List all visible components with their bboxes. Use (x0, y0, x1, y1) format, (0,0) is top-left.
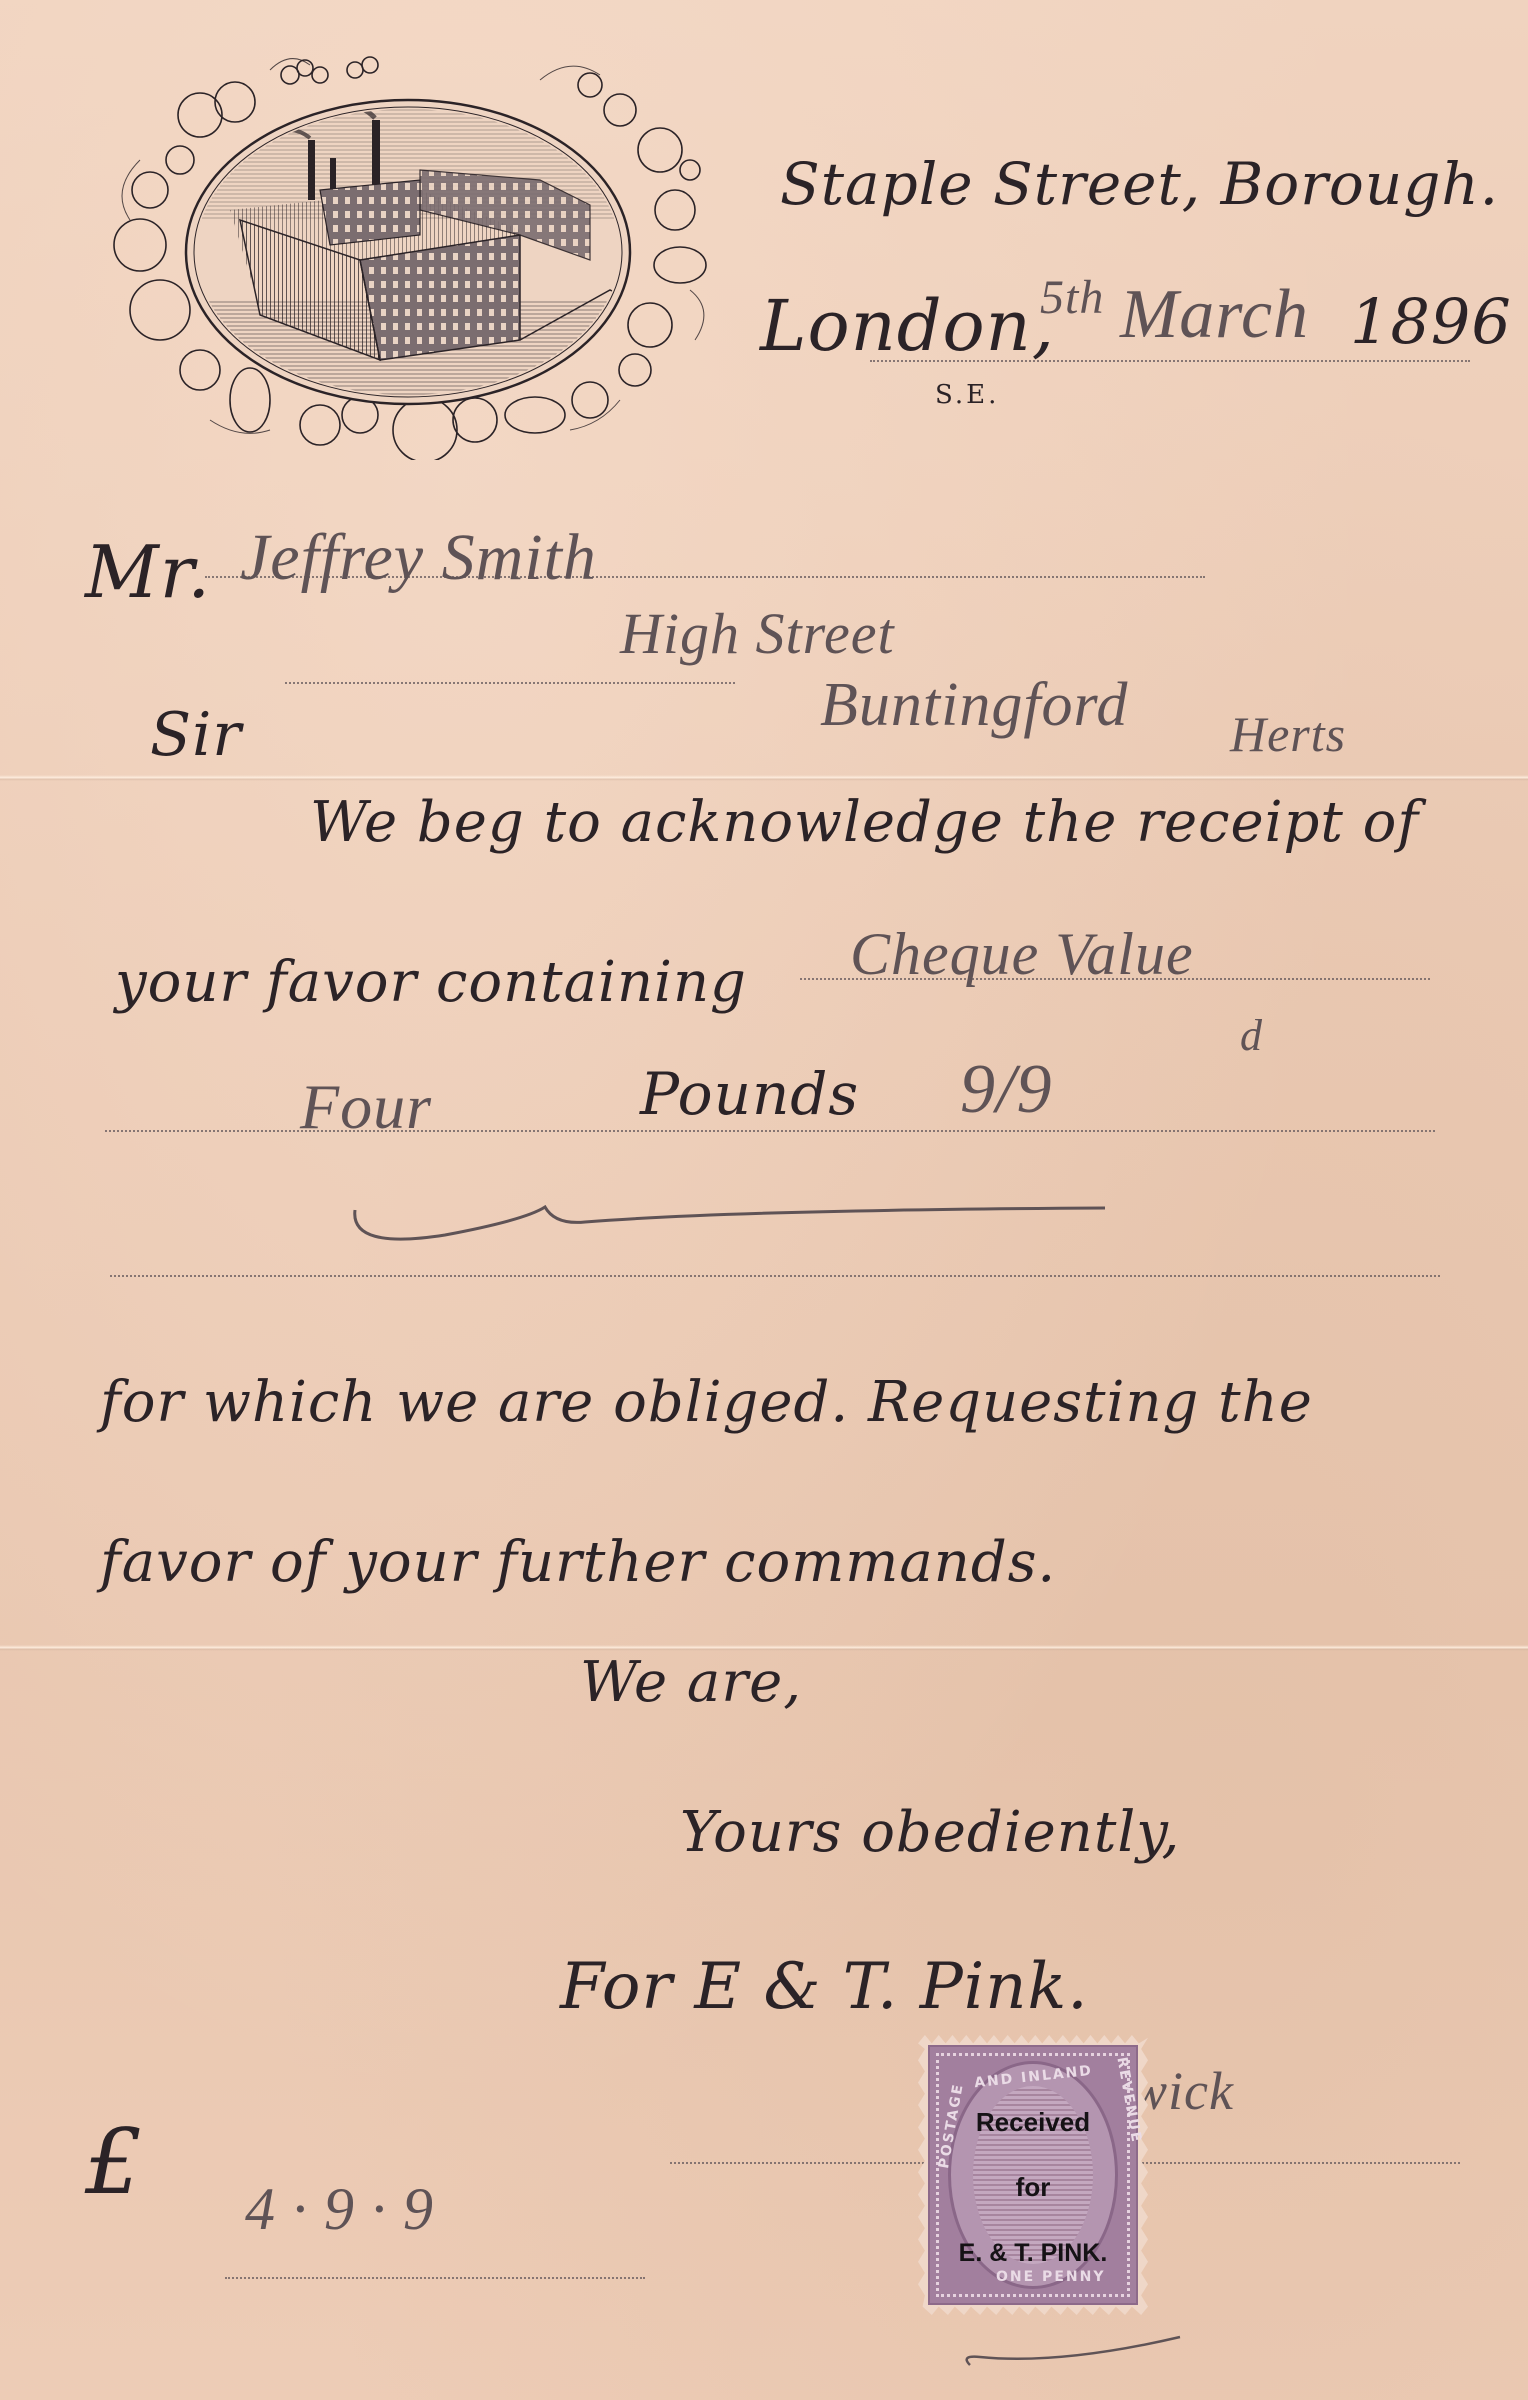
stamp-overprint-company: E. & T. PINK. (930, 2239, 1136, 2268)
body-line-3: for which we are obliged. Requesting the (100, 1370, 1313, 1435)
fold-crease (0, 775, 1528, 781)
payment-description: Cheque Value (850, 920, 1194, 989)
date-month: March (1120, 275, 1309, 355)
amount-in-words: Four (300, 1070, 432, 1144)
amount-shillings-pence: 9/9 (960, 1050, 1052, 1130)
pence-mark: d (1240, 1010, 1263, 1061)
date-year: 1896 (1350, 285, 1512, 358)
salutation: Sir (150, 700, 242, 770)
amount-pounds-label: Pounds (640, 1060, 859, 1128)
closing-we-are: We are, (580, 1650, 802, 1715)
letterhead-city: London, (760, 285, 1055, 367)
recipient-name: Jeffrey Smith (240, 520, 597, 596)
body-line-4: favor of your further commands. (100, 1530, 1056, 1595)
salutation-dotted-line (285, 682, 735, 684)
stamp-frame: AND INLAND POSTAGE REVENUE ONE PENNY Rec… (928, 2045, 1138, 2305)
date-day: 5th (1040, 270, 1104, 325)
body-line-2-printed: your favor containing (115, 950, 747, 1015)
signature-flourish (960, 2330, 1200, 2380)
body-line-1: We beg to acknowledge the receipt of (310, 790, 1419, 855)
total-dotted-line (225, 2277, 645, 2279)
date-dotted-line (870, 360, 1470, 362)
stamp-overprint-for: for (930, 2172, 1136, 2203)
stamp-overprint-received: Received (930, 2107, 1136, 2138)
factory-engraving-illustration (90, 40, 720, 460)
blank-dotted-line (110, 1275, 1440, 1277)
postal-district: S.E. (935, 380, 999, 410)
recipient-county: Herts (1230, 705, 1346, 763)
amount-flourish (350, 1200, 1130, 1260)
currency-symbol: £ (85, 2110, 143, 2215)
total-amount: 4 · 9 · 9 (245, 2175, 434, 2244)
recipient-town: Buntingford (820, 670, 1128, 741)
closing-yours-obediently: Yours obediently, (680, 1800, 1180, 1865)
revenue-stamp: AND INLAND POSTAGE REVENUE ONE PENNY Rec… (918, 2035, 1148, 2315)
letter-page: Staple Street, Borough. London, 5th Marc… (0, 0, 1528, 2400)
letterhead-street-address: Staple Street, Borough. (780, 150, 1499, 218)
recipient-title: Mr. (85, 530, 211, 614)
closing-company: For E & T. Pink. (560, 1950, 1089, 2024)
recipient-street: High Street (620, 600, 895, 667)
stamp-ring-bottom: ONE PENNY (996, 2269, 1105, 2285)
